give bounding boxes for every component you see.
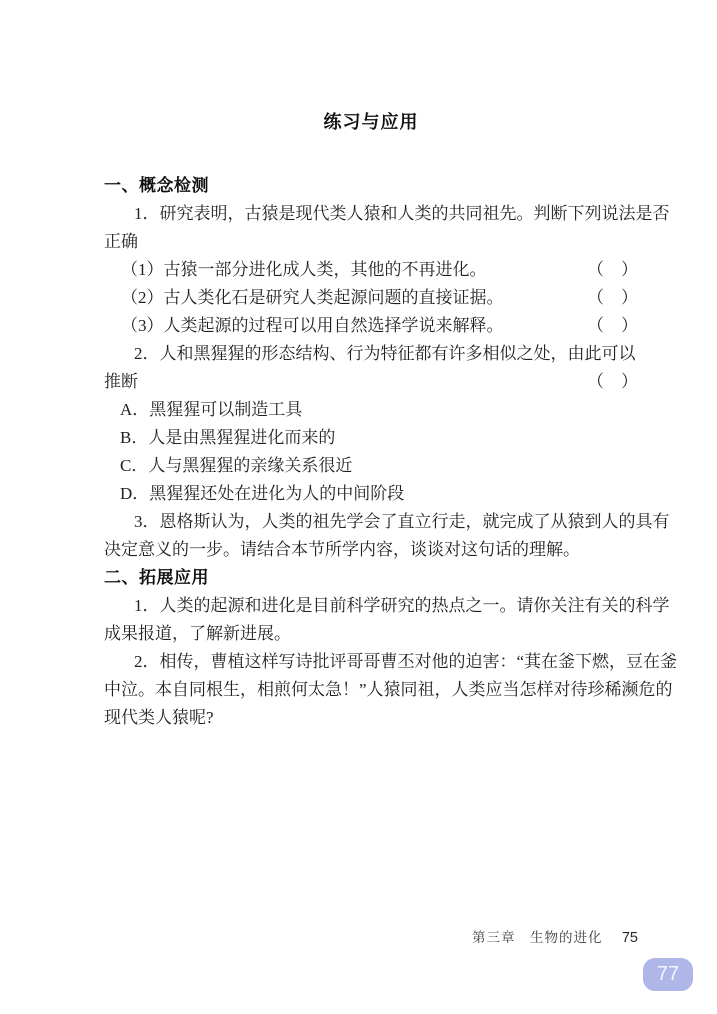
answer-blank-3: （ ） xyxy=(587,312,638,340)
option-a: A．黑猩猩可以制造工具 xyxy=(104,396,638,424)
page-footer: 第三章 生物的进化 75 xyxy=(104,928,638,948)
text-block: 练习与应用 一、概念检测 1．研究表明，古猿是现代类人猿和人类的共同祖先。判断下… xyxy=(104,108,638,732)
question-3-line-2: 决定意义的一步。请结合本节所学内容，谈谈对这句话的理解。 xyxy=(104,536,638,564)
question-1-line-2: 正确 xyxy=(104,228,638,256)
extend-question-2-line-2: 中泣。本自同根生，相煎何太急！”人猿同祖，人类应当怎样对待珍稀濒危的 xyxy=(104,676,638,704)
question-3-line-1: 3．恩格斯认为，人类的祖先学会了直立行走，就完成了从猿到人的具有 xyxy=(104,508,638,536)
footer-chapter-title: 第三章 生物的进化 xyxy=(472,930,603,945)
extend-question-2-line-3: 现代类人猿呢? xyxy=(104,704,638,732)
extend-question-2-line-1: 2．相传，曹植这样写诗批评哥哥曹丕对他的迫害：“萁在釜下燃，豆在釜 xyxy=(104,648,638,676)
judge-item-2: （2）古人类化石是研究人类起源问题的直接证据。 （ ） xyxy=(104,284,638,312)
option-b: B．人是由黑猩猩进化而来的 xyxy=(104,424,638,452)
judge-item-3-text: （3）人类起源的过程可以用自然选择学说来解释。 xyxy=(121,312,504,340)
answer-blank-4: （ ） xyxy=(587,368,638,396)
judge-item-1-text: （1）古猿一部分进化成人类，其他的不再进化。 xyxy=(121,256,487,284)
judge-item-1: （1）古猿一部分进化成人类，其他的不再进化。 （ ） xyxy=(104,256,638,284)
answer-blank-1: （ ） xyxy=(587,256,638,284)
question-2-line-2-text: 推断 xyxy=(104,368,138,396)
question-2-line-1: 2．人和黑猩猩的形态结构、行为特征都有许多相似之处，由此可以 xyxy=(104,340,638,368)
section-heading-extend: 二、拓展应用 xyxy=(104,564,638,592)
reader-page-indicator-badge: 77 xyxy=(643,958,693,991)
option-c: C．人与黑猩猩的亲缘关系很近 xyxy=(104,452,638,480)
textbook-page: 练习与应用 一、概念检测 1．研究表明，古猿是现代类人猿和人类的共同祖先。判断下… xyxy=(0,0,717,1014)
answer-blank-2: （ ） xyxy=(587,284,638,312)
title-spacer xyxy=(104,136,638,172)
question-1-line-1: 1．研究表明，古猿是现代类人猿和人类的共同祖先。判断下列说法是否 xyxy=(104,200,638,228)
section-heading-concept: 一、概念检测 xyxy=(104,172,638,200)
extend-question-1-line-2: 成果报道，了解新进展。 xyxy=(104,620,638,648)
page-title: 练习与应用 xyxy=(104,108,638,136)
question-2-line-2: 推断 （ ） xyxy=(104,368,638,396)
footer-page-number: 75 xyxy=(622,930,638,946)
judge-item-3: （3）人类起源的过程可以用自然选择学说来解释。 （ ） xyxy=(104,312,638,340)
judge-item-2-text: （2）古人类化石是研究人类起源问题的直接证据。 xyxy=(121,284,504,312)
extend-question-1-line-1: 1．人类的起源和进化是目前科学研究的热点之一。请你关注有关的科学 xyxy=(104,592,638,620)
option-d: D．黑猩猩还处在进化为人的中间阶段 xyxy=(104,480,638,508)
